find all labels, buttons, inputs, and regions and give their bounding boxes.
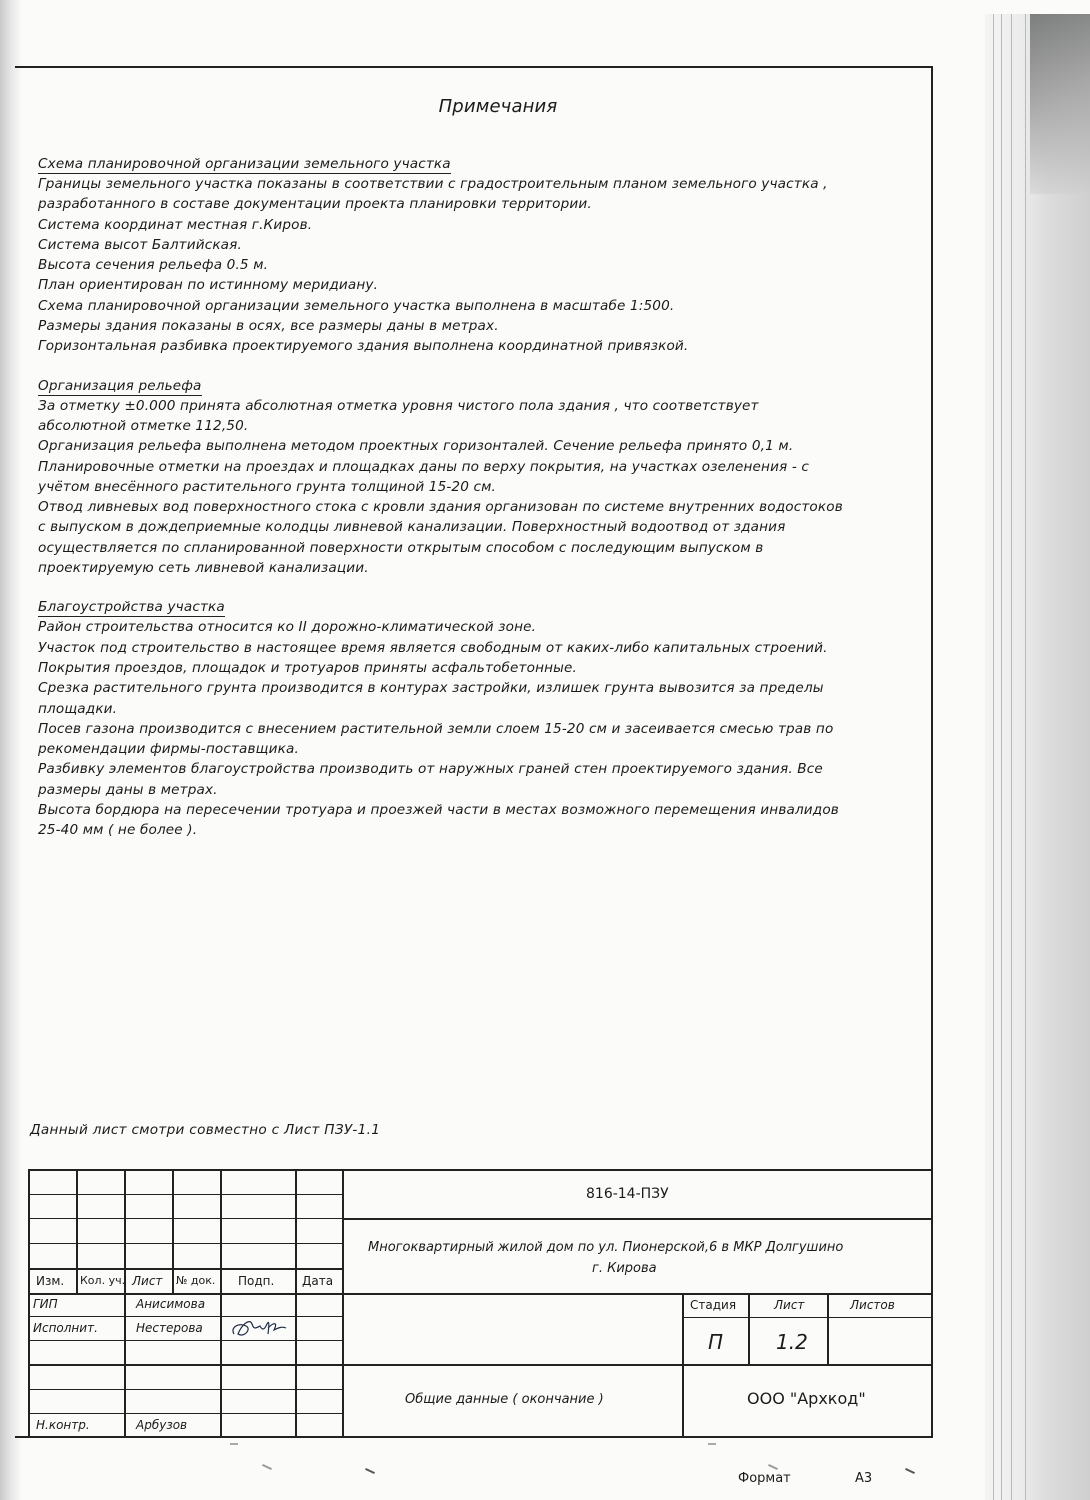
note-line: 25-40 мм ( не более ). <box>38 820 918 840</box>
note-line: Посев газона производится с внесением ра… <box>38 719 918 739</box>
scan-mark <box>905 1468 915 1474</box>
note-line: Границы земельного участка показаны в со… <box>38 174 918 194</box>
notes-body: Примечания Схема планировочной организац… <box>38 96 918 861</box>
section-heading: Благоустройства участка <box>38 598 225 617</box>
notes-sections: Схема планировочной организации земельно… <box>38 155 918 841</box>
note-line: абсолютной отметке 112,50. <box>38 416 918 436</box>
page-title: Примечания <box>38 96 918 117</box>
note-line: Покрытия проездов, площадок и тротуаров … <box>38 658 918 678</box>
sheet-title: Общие данные ( окончание ) <box>405 1393 604 1406</box>
section-heading: Организация рельефа <box>38 377 202 396</box>
note-line: Высота сечения рельефа 0.5 м. <box>38 255 918 275</box>
note-line: Горизонтальная разбивка проектируемого з… <box>38 336 918 356</box>
signer-name-nkontr: Арбузов <box>136 1419 187 1431</box>
project-name-line2: г. Кирова <box>592 1262 657 1275</box>
stage-label: Стадия <box>690 1299 736 1311</box>
note-line: Размеры здания показаны в осях, все разм… <box>38 316 918 336</box>
notes-section: Благоустройства участкаРайон строительст… <box>38 598 918 840</box>
note-line: Разбивку элементов благоустройства произ… <box>38 759 918 779</box>
notes-section: Организация рельефаЗа отметку ±0.000 при… <box>38 377 918 579</box>
signature-mark <box>228 1314 288 1342</box>
note-line: площадки. <box>38 699 918 719</box>
document-designation: 816-14-ПЗУ <box>586 1187 669 1201</box>
note-line: Организация рельефа выполнена методом пр… <box>38 436 918 456</box>
signer-role-nkontr: Н.контр. <box>36 1419 90 1431</box>
stage-value: П <box>708 1332 723 1352</box>
signer-role-ispolnit: Исполнит. <box>33 1322 98 1334</box>
signer-name-ispolnit: Нестерова <box>136 1322 203 1334</box>
note-line: Система высот Балтийская. <box>38 235 918 255</box>
signer-name-gip: Анисимова <box>136 1298 205 1310</box>
sheets-label: Листов <box>850 1299 895 1311</box>
section-heading: Схема планировочной организации земельно… <box>38 155 451 174</box>
note-line: разработанного в составе документации пр… <box>38 194 918 214</box>
note-line: Отвод ливневых вод поверхностного стока … <box>38 497 918 517</box>
note-line: проектируемую сеть ливневой канализации. <box>38 558 918 578</box>
note-line: Система координат местная г.Киров. <box>38 215 918 235</box>
scan-mark <box>365 1468 375 1474</box>
note-line: Срезка растительного грунта производится… <box>38 678 918 698</box>
format-label: Формат <box>738 1471 791 1486</box>
header-data: Дата <box>302 1275 333 1287</box>
frame-top-border <box>15 66 933 68</box>
note-line: За отметку ±0.000 принята абсолютная отм… <box>38 396 918 416</box>
scan-speck <box>230 1443 238 1445</box>
header-podp: Подп. <box>238 1275 274 1287</box>
organization-name: ООО "Архкод" <box>747 1391 866 1407</box>
header-kol-uch: Кол. уч. <box>80 1275 125 1286</box>
note-line: размеры даны в метрах. <box>38 780 918 800</box>
note-line: Участок под строительство в настоящее вр… <box>38 638 918 658</box>
note-line: План ориентирован по истинному меридиану… <box>38 275 918 295</box>
signer-role-gip: ГИП <box>33 1298 58 1310</box>
note-line: Схема планировочной организации земельно… <box>38 296 918 316</box>
header-list: Лист <box>132 1275 162 1287</box>
note-line: рекомендации фирмы-поставщика. <box>38 739 918 759</box>
scan-speck <box>708 1443 716 1445</box>
note-line: осуществляется по спланированной поверхн… <box>38 538 918 558</box>
frame-bottom-border <box>15 1436 933 1438</box>
sheet-label: Лист <box>774 1299 804 1311</box>
scan-shadow <box>0 0 22 1500</box>
page-stack-edges <box>985 14 1090 1500</box>
sheet-value: 1.2 <box>776 1332 808 1352</box>
header-no-dok: № док. <box>176 1275 215 1286</box>
scan-mark <box>262 1464 272 1470</box>
notes-section: Схема планировочной организации земельно… <box>38 155 918 357</box>
frame-right-border <box>931 66 933 1438</box>
note-line: Высота бордюра на пересечении тротуара и… <box>38 800 918 820</box>
note-line: с выпуском в дождеприемные колодцы ливне… <box>38 517 918 537</box>
see-also-note: Данный лист смотри совместно с Лист ПЗУ-… <box>30 1122 380 1138</box>
note-line: Планировочные отметки на проездах и площ… <box>38 457 918 477</box>
header-izm: Изм. <box>36 1275 64 1287</box>
note-line: Район строительства относится ко II доро… <box>38 617 918 637</box>
scan-mark <box>768 1464 778 1470</box>
note-line: учётом внесённого растительного грунта т… <box>38 477 918 497</box>
format-value: А3 <box>855 1471 872 1486</box>
project-name-line1: Многоквартирный жилой дом по ул. Пионерс… <box>368 1241 843 1254</box>
